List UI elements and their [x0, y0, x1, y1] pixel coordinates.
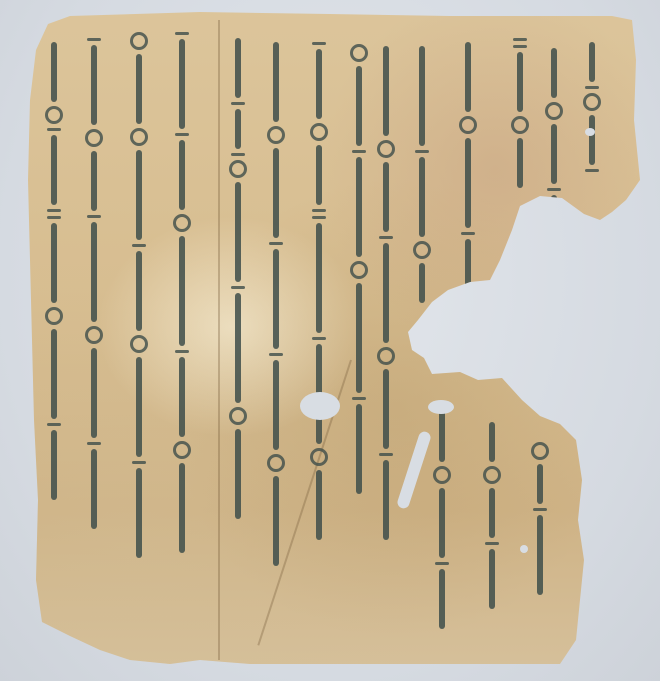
text-column — [372, 44, 400, 542]
tear-crack — [396, 430, 432, 510]
text-column — [578, 40, 606, 174]
text-column — [224, 36, 252, 521]
text-column — [454, 40, 482, 291]
tear-hole — [300, 392, 340, 420]
text-column — [428, 400, 456, 631]
text-column — [168, 30, 196, 555]
tear-hole — [520, 545, 528, 553]
text-column — [80, 36, 108, 531]
text-column — [408, 44, 436, 305]
text-column — [478, 420, 506, 611]
text-column — [526, 440, 554, 597]
text-column — [506, 36, 534, 190]
text-column — [305, 40, 333, 542]
text-column — [40, 40, 68, 502]
tear-hole — [428, 400, 454, 414]
text-column — [345, 42, 373, 496]
text-column — [262, 40, 290, 568]
ruled-line — [218, 20, 220, 660]
tear-hole — [585, 128, 595, 136]
text-column — [125, 30, 153, 560]
